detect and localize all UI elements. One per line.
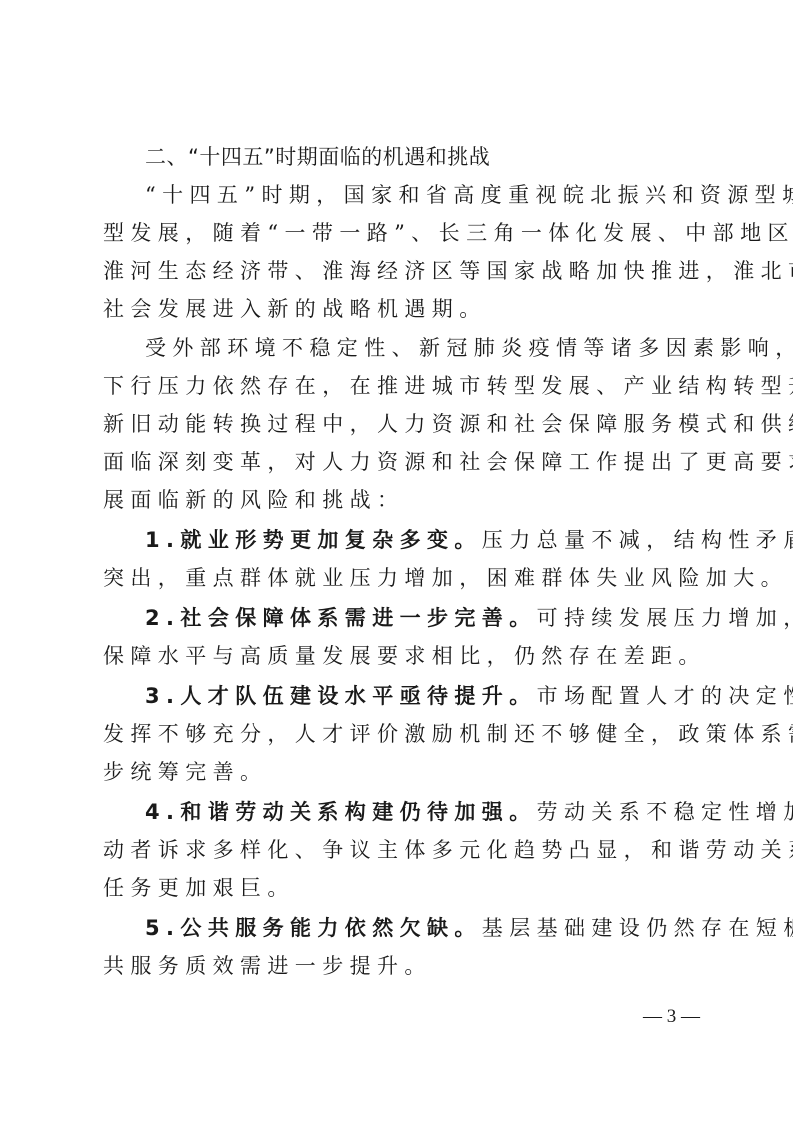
item-1-line: 1.就业形势更加复杂多变。压力总量不减，结构性矛盾依然 [145,525,693,555]
item-5-title: 5.公共服务能力依然欠缺。 [145,916,482,940]
item-2-line: 保障水平与高质量发展要求相比，仍然存在差距。 [103,641,693,671]
item-1-text: 压力总量不减，结构性矛盾依然 [482,528,793,552]
item-4-text: 劳动关系不稳定性增加，劳 [537,800,793,824]
page-number: — 3 — [620,1003,700,1031]
paragraph-1-line: “十四五”时期，国家和省高度重视皖北振兴和资源型城市转 [145,180,693,210]
item-3-line: 发挥不够充分，人才评价激励机制还不够健全，政策体系需进一 [103,719,693,749]
item-4-title: 4.和谐劳动关系构建仍待加强。 [145,800,537,824]
item-4-line: 4.和谐劳动关系构建仍待加强。劳动关系不稳定性增加，劳 [145,797,693,827]
item-3-line: 3.人才队伍建设水平亟待提升。市场配置人才的决定性作用 [145,681,693,711]
section-heading: 二、“十四五”时期面临的机遇和挑战 [145,142,693,172]
item-1-title: 1.就业形势更加复杂多变。 [145,528,482,552]
document-page: 二、“十四五”时期面临的机遇和挑战 “十四五”时期，国家和省高度重视皖北振兴和资… [0,0,793,1122]
paragraph-2-line: 新旧动能转换过程中，人力资源和社会保障服务模式和供给方式 [103,409,693,439]
item-5-text: 基层基础建设仍然存在短板，公 [482,916,793,940]
item-4-line: 任务更加艰巨。 [103,873,693,903]
paragraph-2-line: 展面临新的风险和挑战： [103,485,693,515]
item-3-text: 市场配置人才的决定性作用 [537,684,793,708]
item-2-title: 2.社会保障体系需进一步完善。 [145,606,537,630]
item-3-line: 步统筹完善。 [103,757,693,787]
paragraph-1-line: 社会发展进入新的战略机遇期。 [103,294,693,324]
item-2-text: 可持续发展压力增加，社会 [537,606,793,630]
item-2-line: 2.社会保障体系需进一步完善。可持续发展压力增加，社会 [145,603,693,633]
paragraph-2-line: 面临深刻变革，对人力资源和社会保障工作提出了更高要求，发 [103,447,693,477]
item-5-line: 5.公共服务能力依然欠缺。基层基础建设仍然存在短板，公 [145,913,693,943]
paragraph-2-line: 受外部环境不稳定性、新冠肺炎疫情等诸多因素影响，经济 [145,333,693,363]
item-1-line: 突出，重点群体就业压力增加，困难群体失业风险加大。 [103,563,693,593]
paragraph-1-line: 淮河生态经济带、淮海经济区等国家战略加快推进，淮北市经济 [103,256,693,286]
paragraph-1-line: 型发展，随着“一带一路”、长三角一体化发展、中部地区崛起、 [103,218,693,248]
item-4-line: 动者诉求多样化、争议主体多元化趋势凸显，和谐劳动关系构建 [103,835,693,865]
item-3-title: 3.人才队伍建设水平亟待提升。 [145,684,537,708]
item-5-line: 共服务质效需进一步提升。 [103,951,693,981]
paragraph-2-line: 下行压力依然存在，在推进城市转型发展、产业结构转型升级、 [103,371,693,401]
